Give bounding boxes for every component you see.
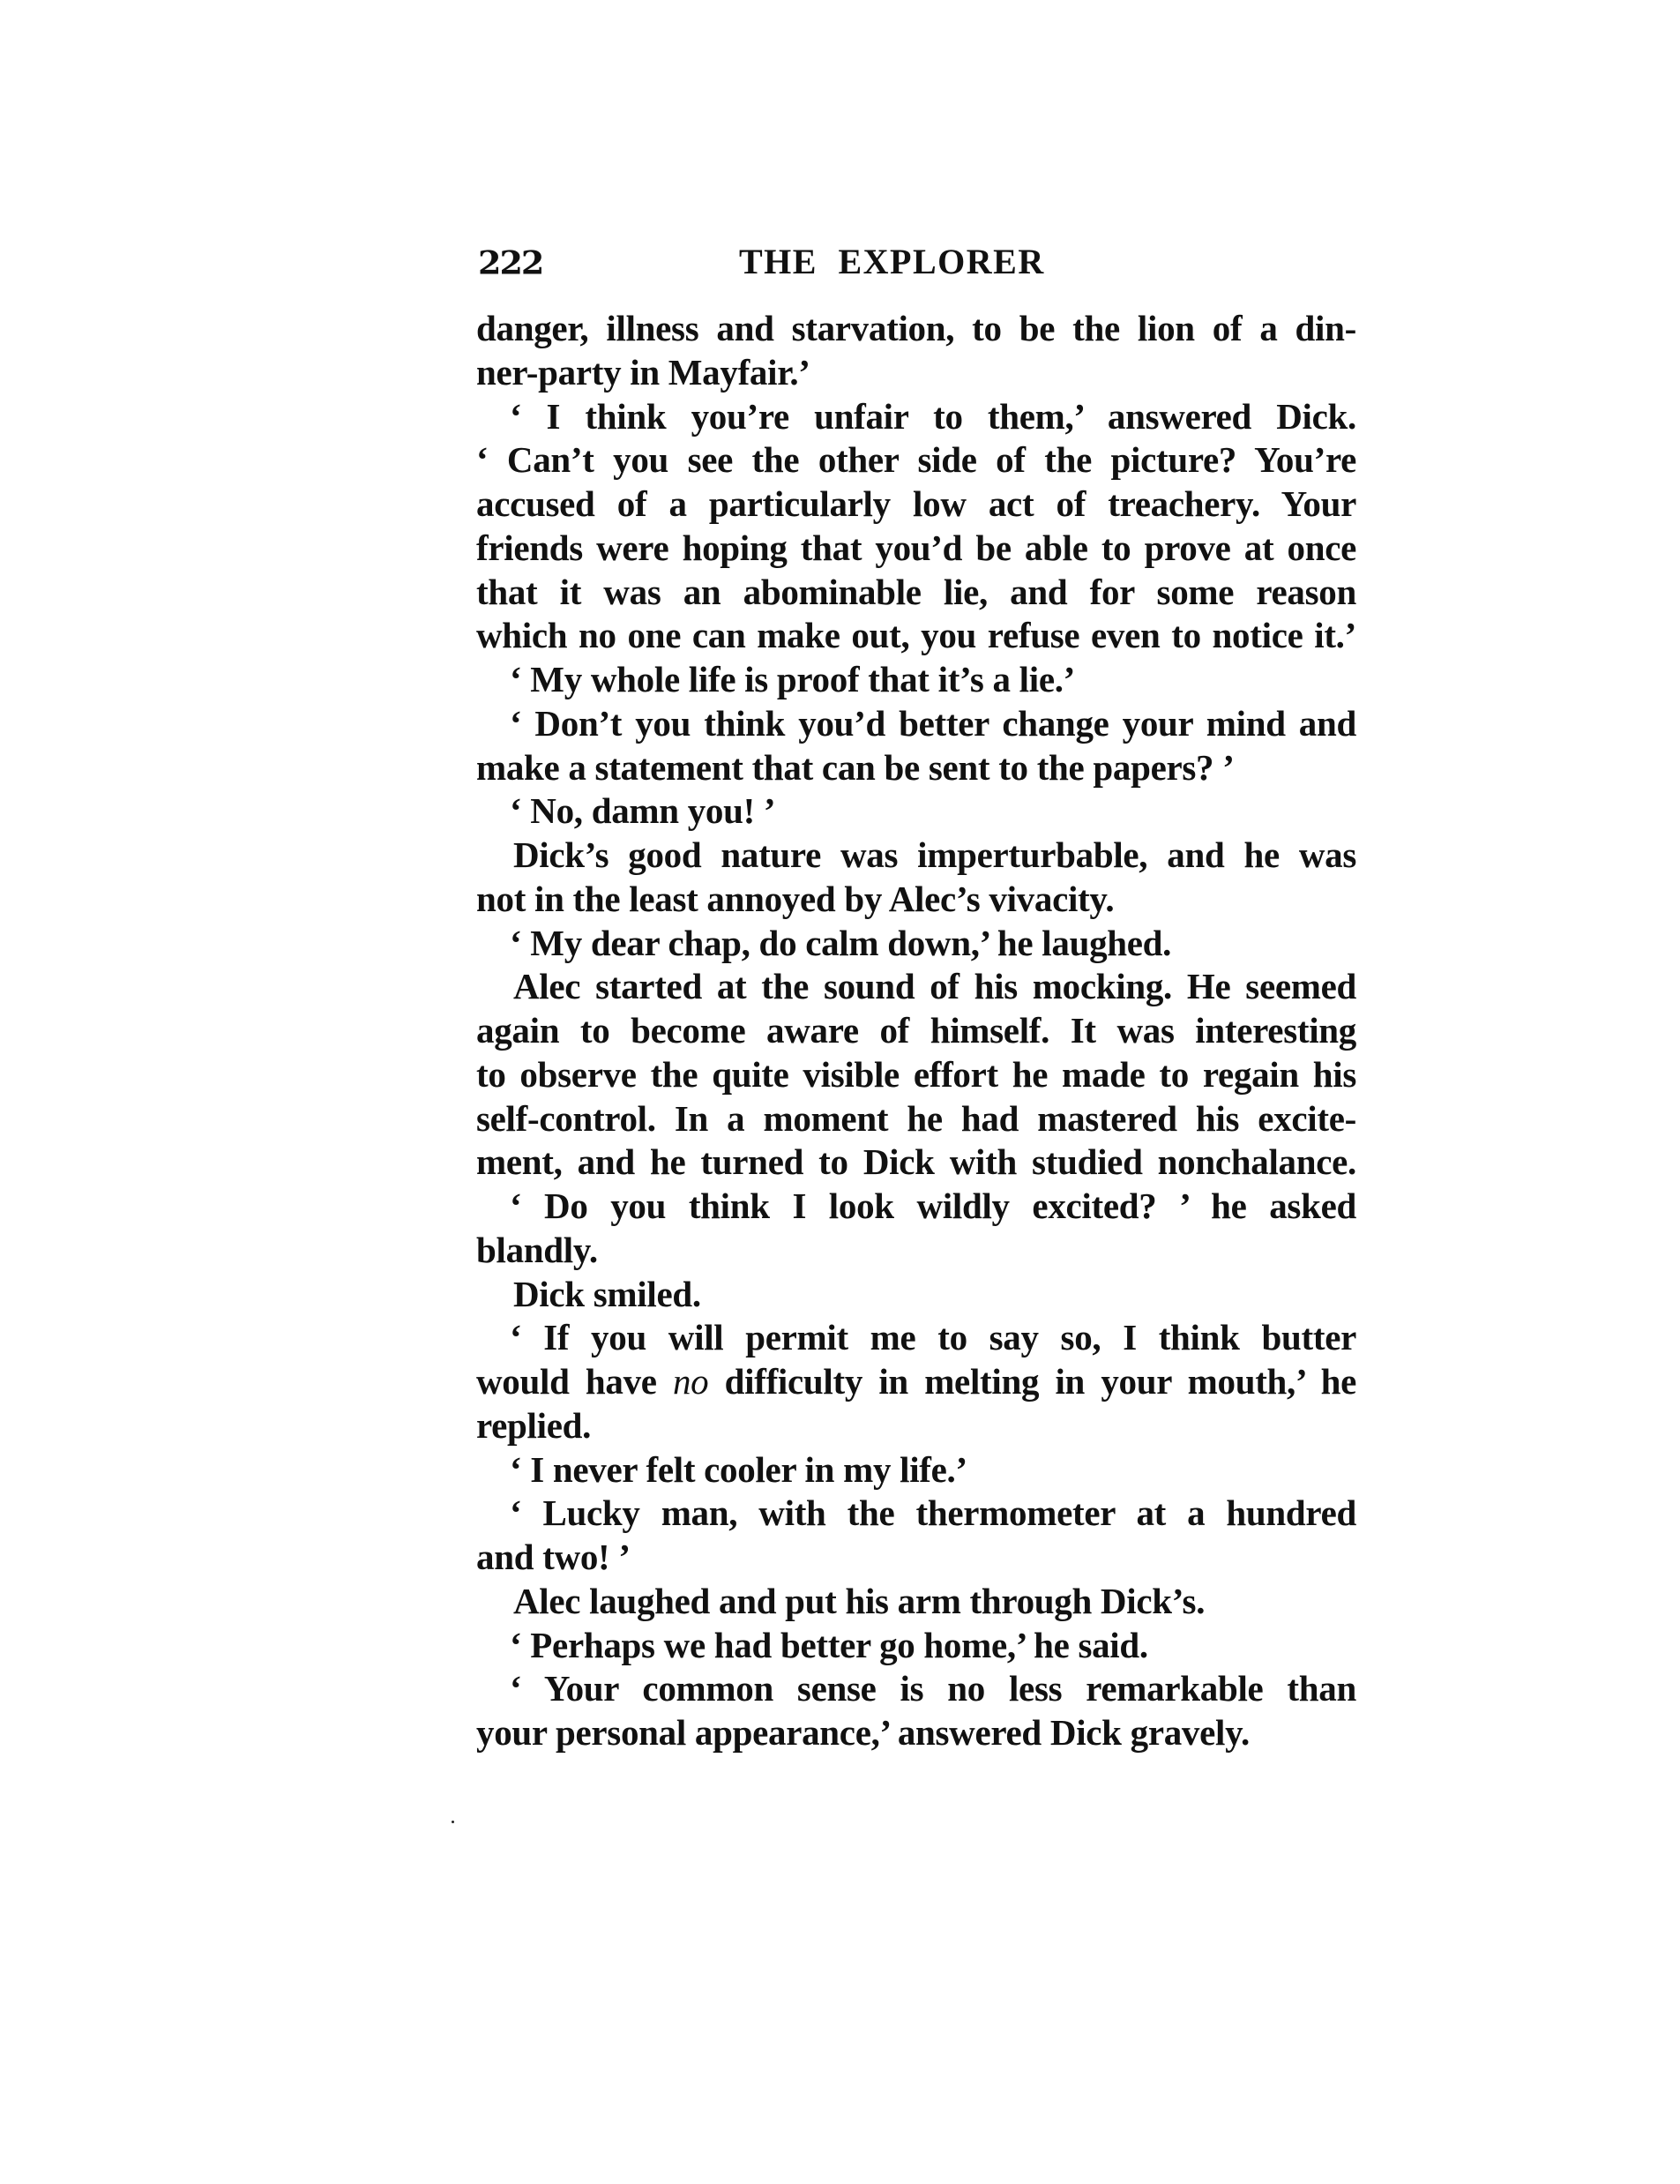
text-segment: difficulty in melting in your mouth,’ he	[708, 1361, 1356, 1402]
text-line: which no one can make out, you refuse ev…	[476, 614, 1356, 658]
text-line: not in the least annoyed by Alec’s vivac…	[476, 878, 1356, 922]
text-line: Dick’s good nature was imperturbable, an…	[476, 834, 1356, 878]
body-text: danger, illness and starvation, to be th…	[476, 307, 1356, 1755]
page-number: 222	[478, 246, 542, 280]
text-line: blandly.	[476, 1229, 1356, 1273]
text-line: ‘ I think you’re unfair to them,’ answer…	[476, 395, 1356, 439]
text-line: your personal appearance,’ answered Dick…	[476, 1711, 1356, 1755]
text-line: make a statement that can be sent to the…	[476, 746, 1356, 790]
text-line: ‘ Do you think I look wildly excited? ’ …	[476, 1185, 1356, 1229]
text-line: danger, illness and starvation, to be th…	[476, 307, 1356, 351]
text-line: Alec laughed and put his arm through Dic…	[476, 1580, 1356, 1624]
text-line: and two! ’	[476, 1536, 1356, 1580]
text-line: ‘ I never felt cooler in my life.’	[476, 1448, 1356, 1492]
book-page: 222 THE EXPLORER danger, illness and sta…	[0, 0, 1680, 2184]
text-line: self-control. In a moment he had mastere…	[476, 1097, 1356, 1141]
text-line: ‘ Can’t you see the other side of the pi…	[476, 438, 1356, 482]
text-line: ‘ Don’t you think you’d better change yo…	[476, 702, 1356, 746]
text-line: again to become aware of himself. It was…	[476, 1009, 1356, 1053]
text-line: ‘ My whole life is proof that it’s a lie…	[476, 658, 1356, 702]
text-line: that it was an abominable lie, and for s…	[476, 571, 1356, 615]
running-head: 222 THE EXPLORER	[476, 238, 1356, 282]
text-line: ‘ If you will permit me to say so, I thi…	[476, 1316, 1356, 1360]
text-segment: would have	[476, 1361, 673, 1402]
text-line: replied.	[476, 1404, 1356, 1448]
scan-speck	[452, 1821, 454, 1823]
text-line: accused of a particularly low act of tre…	[476, 482, 1356, 527]
emphasis-text: no	[673, 1361, 708, 1402]
text-line: to observe the quite visible effort he m…	[476, 1053, 1356, 1097]
text-line: ner-party in Mayfair.’	[476, 351, 1356, 395]
text-line: ‘ Perhaps we had better go home,’ he sai…	[476, 1624, 1356, 1668]
text-line: ‘ My dear chap, do calm down,’ he laughe…	[476, 922, 1356, 966]
text-line: ‘ Your common sense is no less remarkabl…	[476, 1667, 1356, 1711]
text-line: would have no difficulty in melting in y…	[476, 1360, 1356, 1404]
text-line: Dick smiled.	[476, 1273, 1356, 1317]
text-line: Alec started at the sound of his mocking…	[476, 965, 1356, 1009]
text-line: ‘ Lucky man, with the thermometer at a h…	[476, 1492, 1356, 1536]
running-title: THE EXPLORER	[739, 243, 1045, 280]
text-line: friends were hoping that you’d be able t…	[476, 527, 1356, 571]
text-line: ‘ No, damn you! ’	[476, 789, 1356, 834]
text-line: ment, and he turned to Dick with studied…	[476, 1141, 1356, 1185]
